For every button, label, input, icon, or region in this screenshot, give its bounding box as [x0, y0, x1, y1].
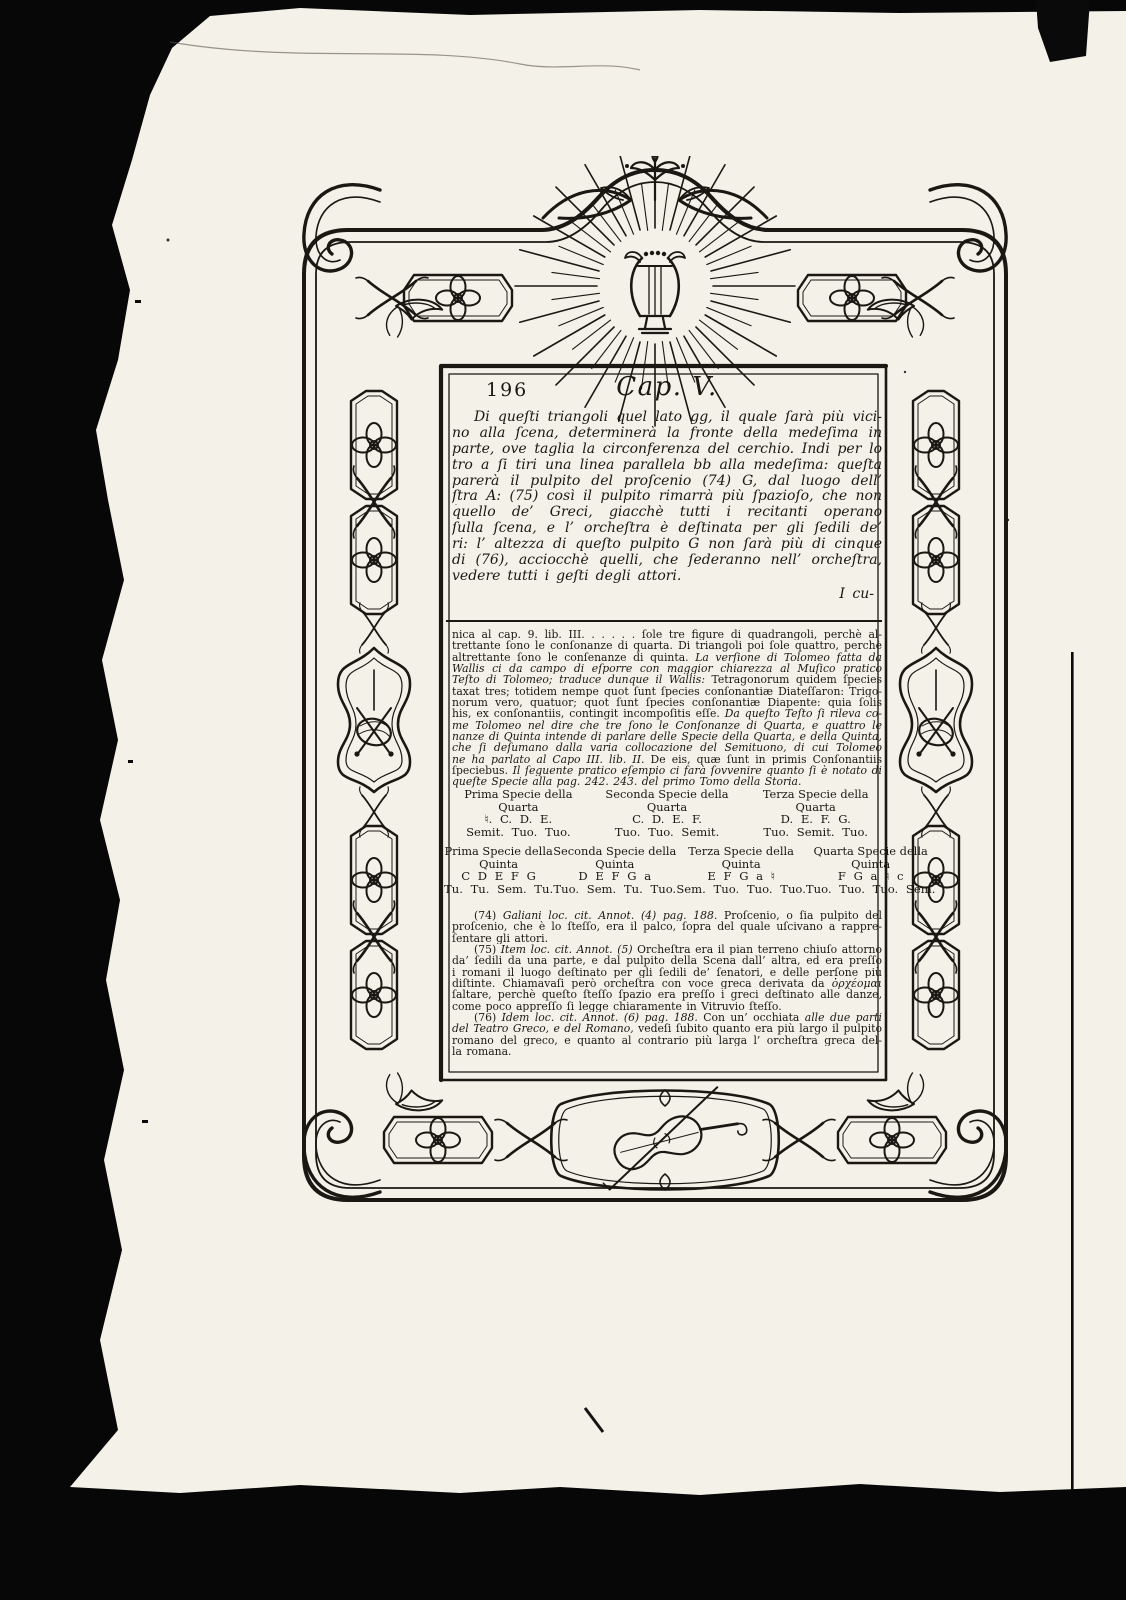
- text-line: (75) Item loc. cit. Annot. (5) Orcheſtra…: [452, 944, 882, 955]
- column-intervals: Tuo. Sem. Tu. Tuo.: [553, 883, 676, 896]
- text-line: ſaltare, perchè queſto ſteſſo ſpazio era…: [452, 989, 882, 1000]
- column-title: Terza Specie della: [741, 788, 890, 801]
- x-ribbon-icon: [922, 603, 951, 653]
- text-line: del Teatro Greco, e del Romano, vedeſi ſ…: [452, 1023, 882, 1034]
- x-ribbon-icon: [360, 787, 389, 837]
- text-line: diſtinte. Chiamavaſi però orcheſtra con …: [452, 978, 882, 989]
- x-ribbon-icon: [915, 901, 956, 973]
- text-line: tro a ſi tiri una linea parallela bb all…: [452, 458, 882, 474]
- quinta-species-table: Prima Specie della Quinta C D E F G Tu. …: [444, 845, 890, 897]
- text-line: nica al cap. 9. lib. III. . . . . . ſole…: [452, 629, 882, 640]
- speck: [142, 1120, 148, 1123]
- column-intervals: Tu. Tu. Sem. Tu.: [444, 883, 553, 896]
- column-title: Seconda Specie della: [553, 845, 676, 858]
- rosette-panel-icon: [798, 275, 906, 321]
- column-intervals: Tuo. Semit. Tuo.: [741, 826, 890, 839]
- text-line: da’ ſedili da una parte, e dal pulpito d…: [452, 955, 882, 966]
- text-line: di (76), acciocchè quelli, che ſederanno…: [452, 553, 882, 569]
- x-ribbon-icon: [353, 901, 394, 973]
- column-intervals: Semit. Tuo. Tuo.: [444, 826, 593, 839]
- leaf-spray-icon: [384, 1065, 443, 1117]
- text-line: quello de’ Greci, giacchè tutti i recita…: [452, 505, 882, 521]
- text-line: Teſto di Tolomeo; traduce dunque il Wall…: [452, 674, 882, 685]
- column-intervals: Sem. Tuo. Tuo. Tuo.: [676, 883, 806, 896]
- drum-icon: [338, 648, 410, 792]
- text-line: (74) Galiani loc. cit. Annot. (4) pag. 1…: [452, 910, 882, 921]
- text-line: ſtra A: (75) così il pulpito rimarrà più…: [452, 489, 882, 505]
- text-line: (76) Idem loc. cit. Annot. (6) pag. 188.…: [452, 1012, 882, 1023]
- catchword: I cu-: [839, 586, 874, 602]
- page-header: 196 Cap. V.: [452, 372, 882, 406]
- text-line: i romani il luogo deſtinato per gli ſedi…: [452, 967, 882, 978]
- text-line: norum vero, quatuor; quot ſunt ſpecies c…: [452, 697, 882, 708]
- text-line: altrettante ſono le conſenanze di quinta…: [452, 652, 882, 663]
- text-line: ſentare gli attori.: [452, 933, 882, 944]
- table-column: Prima Specie della Quarta ♮. C. D. E. Se…: [444, 788, 593, 840]
- rosette-panel-icon: [913, 941, 959, 1049]
- text-line: Wallis ci da campo di eſporre con maggio…: [452, 663, 882, 674]
- rosette-panel-icon: [913, 506, 959, 614]
- text-line: proſcenio, che è lo ſteſſo, era il palco…: [452, 921, 882, 932]
- text-line: nanze di Quinta intende di parlare delle…: [452, 731, 882, 742]
- text-line: ſpeciebus. Il ſeguente pratico eſempio c…: [452, 765, 882, 776]
- footnotes: (74) Galiani loc. cit. Annot. (4) pag. 1…: [452, 910, 882, 1057]
- rosette-panel-icon: [404, 275, 512, 321]
- speck: [135, 300, 141, 303]
- rosette-panel-icon: [351, 506, 397, 614]
- text-line: no alla ſcena, determinerà la fronte del…: [452, 426, 882, 442]
- quarta-species-table: Prima Specie della Quarta ♮. C. D. E. Se…: [444, 788, 890, 840]
- text-line: come poco appreſſo ſi legge chiaramente …: [452, 1001, 882, 1012]
- x-ribbon-icon: [495, 1119, 567, 1160]
- footnote-divider: [446, 620, 882, 622]
- x-ribbon-icon: [353, 466, 394, 538]
- x-ribbon-icon: [922, 787, 951, 837]
- text-line: ri: l’ altezza di queſto pulpito G non ſ…: [452, 537, 882, 553]
- rosette-panel-icon: [351, 941, 397, 1049]
- text-line: romano del greco, e quanto al contrario …: [452, 1035, 882, 1046]
- text-line: ſulla ſcena, e l’ orcheſtra è deſtinata …: [452, 521, 882, 537]
- column-intervals: Tuo. Tuo. Semit.: [593, 826, 742, 839]
- drum-icon: [900, 648, 972, 792]
- column-intervals: Tuo. Tuo. Tuo. Sem.: [806, 883, 936, 896]
- corner-ink-blob: [1036, 0, 1090, 62]
- rosette-panel-icon: [351, 391, 397, 499]
- table-column: Prima Specie della Quinta C D E F G Tu. …: [444, 845, 553, 897]
- text-line: trettante ſono le conſonanze di quarta. …: [452, 640, 882, 651]
- column-title: Quarta Specie della: [806, 845, 936, 858]
- violin-cartouche: [551, 1083, 779, 1191]
- footnote-75: (75) Item loc. cit. Annot. (5) Orcheſtra…: [452, 944, 882, 1012]
- column-title: Prima Specie della: [444, 788, 593, 801]
- text-line: ne ha parlato al Capo III. lib. II. De e…: [452, 754, 882, 765]
- paper-crack: [170, 42, 640, 70]
- text-line: Di queſti triangoli quel lato gg, il qua…: [452, 410, 882, 426]
- column-title: Seconda Specie della: [593, 788, 742, 801]
- page-number: 196: [486, 379, 528, 401]
- corner-scroll-icon: [930, 185, 1006, 271]
- x-ribbon-icon: [763, 1119, 835, 1160]
- footnote-74: (74) Galiani loc. cit. Annot. (4) pag. 1…: [452, 910, 882, 944]
- text-line: me Tolomeo nel dire che tre ſono le Conſ…: [452, 720, 882, 731]
- rosette-panel-icon: [838, 1117, 946, 1163]
- text-line: his, ex conſonantiis, contingit incompoſ…: [452, 708, 882, 719]
- rosette-panel-icon: [351, 826, 397, 934]
- leaf-spray-icon: [867, 1065, 926, 1117]
- pen-mark: [585, 1408, 603, 1432]
- text-line: che ſi deſumano dalla varia collocazione…: [452, 742, 882, 753]
- corner-scroll-icon: [304, 185, 380, 271]
- text-line: vedere tutti i geſti degli attori.: [452, 569, 882, 585]
- x-ribbon-icon: [915, 466, 956, 538]
- rosette-panel-icon: [913, 391, 959, 499]
- note-continuation: nica al cap. 9. lib. III. . . . . . ſole…: [452, 629, 882, 788]
- text-line: taxat tres; totidem nempe quot ſunt ſpec…: [452, 686, 882, 697]
- speck: [128, 760, 133, 763]
- scanned-book-page: 196 Cap. V. Di queſti triangoli quel lat…: [0, 0, 1126, 1600]
- text-line: la romana.: [452, 1046, 882, 1057]
- table-column: Seconda Specie della Quinta D E F G a Tu…: [553, 845, 676, 897]
- table-column: Terza Specie della Quinta E F G a ♮ Sem.…: [676, 845, 806, 897]
- footnote-76: (76) Idem loc. cit. Annot. (6) pag. 188.…: [452, 1012, 882, 1057]
- x-ribbon-icon: [360, 603, 389, 653]
- speck: [167, 239, 170, 242]
- text-line: parerà il pulpito del proſcenio (74) G, …: [452, 474, 882, 490]
- column-title: Prima Specie della: [444, 845, 553, 858]
- rosette-panel-icon: [384, 1117, 492, 1163]
- text-line: parte, ove taglia la circonferenza del c…: [452, 442, 882, 458]
- table-column: Terza Specie della Quarta D. E. F. G. Tu…: [741, 788, 890, 840]
- page-edge-line: [1071, 652, 1074, 1490]
- table-column: Seconda Specie della Quarta C. D. E. F. …: [593, 788, 742, 840]
- main-paragraph: Di queſti triangoli quel lato gg, il qua…: [452, 410, 882, 585]
- table-column: Quarta Specie della Quinta F G a ♮ c Tuo…: [806, 845, 936, 897]
- column-title: Terza Specie della: [676, 845, 806, 858]
